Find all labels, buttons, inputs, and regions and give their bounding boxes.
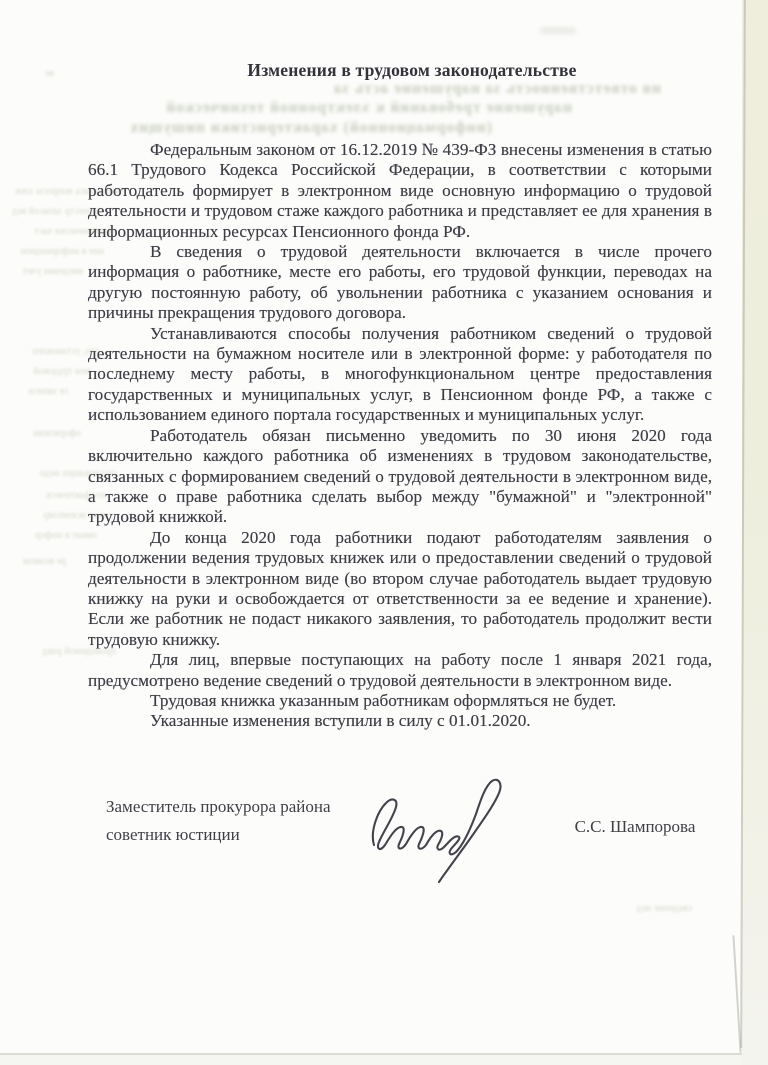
bleed-through-mark: его фактическ	[8, 490, 106, 501]
signer-name: С.С. Шампорова	[556, 817, 714, 837]
bleed-through-line: ня ответственность за нарушение асть за	[96, 80, 661, 98]
bleed-through-mark: оформлени	[7, 428, 81, 439]
bleed-through-mark: сведение нед	[600, 903, 692, 914]
bleed-through-mark: ние в информацион	[4, 246, 104, 257]
paragraph: Для лиц, впервые поступающих на работу п…	[88, 650, 712, 691]
bleed-through-mark: омнат в инфор	[9, 530, 97, 541]
scanner-edge-strip	[742, 0, 768, 1065]
bleed-through-mark: в реестр записей вед	[4, 206, 100, 217]
scan-smudge	[540, 27, 576, 34]
paragraph: Устанавливаются способы получения работн…	[88, 324, 712, 426]
bleed-through-mark: введении учет	[11, 266, 83, 277]
bleed-through-mark: сто, установлен	[4, 346, 99, 357]
paragraph: Трудовая книжка указанным работникам офо…	[88, 691, 712, 711]
bleed-through-mark: ре возмож	[4, 556, 66, 567]
bleed-through-mark: подлежащих недо	[4, 468, 116, 479]
page-bottom-strip	[0, 1055, 742, 1065]
paragraph: Работодатель обязан письменно уведомить …	[88, 426, 712, 528]
bleed-through-mark: нем трудовой	[9, 366, 91, 377]
paragraph: Федеральным законом от 16.12.2019 № 439-…	[88, 140, 712, 242]
signer-role-line-1: Заместитель прокурора района	[106, 797, 331, 817]
scanned-document-page: ` Изменения в трудовом законодательстве …	[0, 0, 768, 1065]
bleed-through-mark: выл экземпляр	[4, 510, 106, 521]
paragraph: В сведения о трудовой деятельности включ…	[88, 242, 712, 324]
bleed-through-mark: экономически част	[9, 226, 115, 237]
signer-role-line-2: советник юстиции	[106, 825, 240, 845]
paragraph: До конца 2020 года работники подают рабо…	[88, 528, 712, 650]
bleed-through-mark: печатались вопросы элек	[10, 186, 122, 197]
paragraph: Указанные изменения вступили в силу с 01…	[88, 711, 712, 731]
bleed-through-line: (информационной) характеристики пишущих	[130, 119, 492, 137]
document-body: Федеральным законом от 16.12.2019 № 439-…	[88, 140, 712, 732]
document-title: Изменения в трудовом законодательстве	[100, 60, 724, 81]
bleed-through-mark: ге записи	[4, 386, 68, 397]
bleed-through-line: нарушение требований к электронной техни…	[94, 99, 572, 117]
bleed-through-mark: ве	[28, 68, 54, 79]
handwritten-signature	[358, 768, 510, 886]
bleed-through-mark: проводимой равд	[4, 646, 116, 657]
